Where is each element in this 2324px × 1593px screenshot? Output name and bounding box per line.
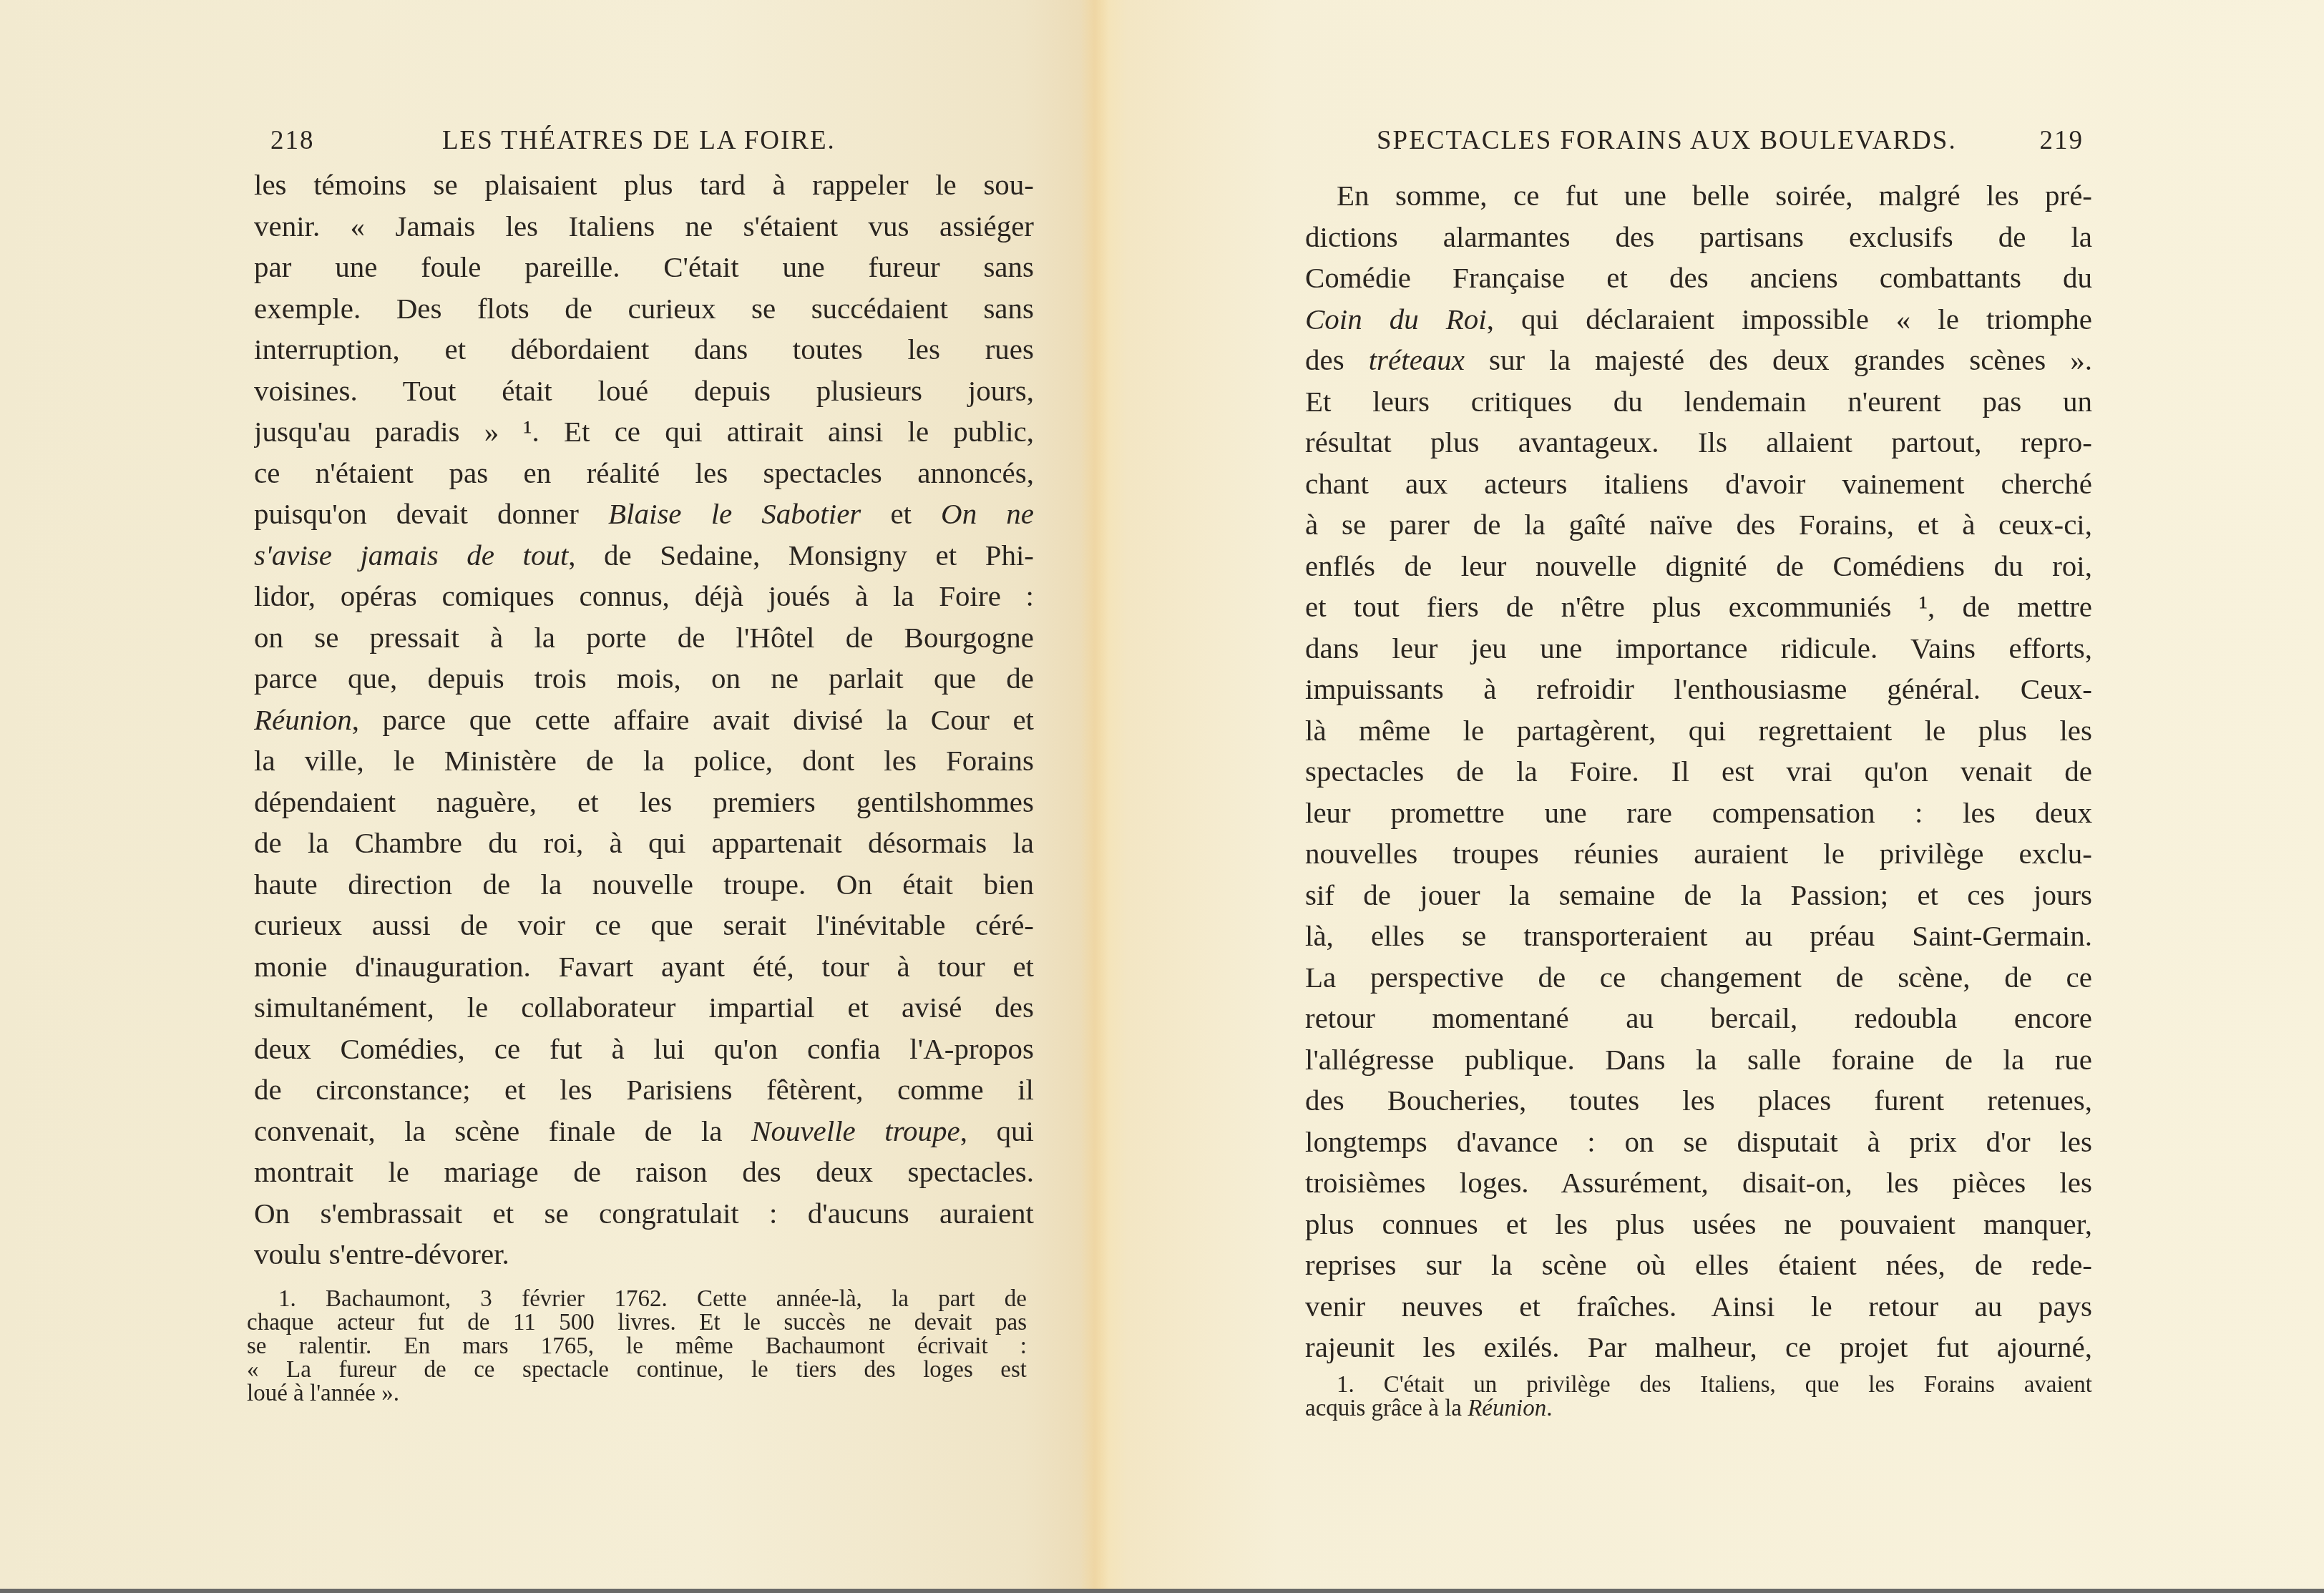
footnote-line: 1. C'était un privilège des Italiens, qu… [1305,1373,2092,1397]
text-line: par une foule pareille. C'était une fure… [254,247,1034,288]
text-line: parce que, depuis trois mois, on ne parl… [254,658,1034,700]
page-number: 218 [270,123,315,159]
text-line: la ville, le Ministère de la police, don… [254,740,1034,782]
text-line: sif de jouer la semaine de la Passion; e… [1305,875,2092,916]
text-line: haute direction de la nouvelle troupe. O… [254,864,1034,906]
text-line: jusqu'au paradis » ¹. Et ce qui attirait… [254,411,1034,453]
title-italic: s'avise jamais de tout [254,539,568,572]
text-line: les témoins se plaisaient plus tard à ra… [254,165,1034,206]
text-line: ce n'étaient pas en réalité les spectacl… [254,453,1034,494]
text-line: retour momentané au bercail, redoubla en… [1305,998,2092,1039]
text-line: deux Comédies, ce fut à lui qu'on confia… [254,1029,1034,1070]
text-line: Réunion, parce que cette affaire avait d… [254,700,1034,741]
footnote-line: se ralentir. En mars 1765, le même Bacha… [247,1335,1027,1358]
term-italic: Réunion [1468,1397,1546,1421]
text-line: rajeunit les exilés. Par malheur, ce pro… [1305,1327,2092,1368]
text-line: monie d'inauguration. Favart ayant été, … [254,946,1034,988]
text-line: l'allégresse publique. Dans la salle for… [1305,1039,2092,1081]
book-spread: 218 LES THÉATRES DE LA FOIRE. les témoin… [0,0,2324,1593]
text-line: de la Chambre du roi, à qui appartenait … [254,823,1034,864]
text-line: curieux aussi de voir ce que serait l'in… [254,905,1034,946]
text-line: En somme, ce fut une belle soirée, malgr… [1305,175,2092,217]
text-line: à se parer de la gaîté naïve des Forains… [1305,504,2092,546]
text-span: , qui [960,1114,1034,1147]
left-page-header: 218 LES THÉATRES DE LA FOIRE. [270,123,1043,159]
text-line: interruption, et débordaient dans toutes… [254,329,1034,371]
right-body-text: En somme, ce fut une belle soirée, malgr… [1305,175,2092,1368]
text-line: impuissants à refroidir l'enthousiasme g… [1305,669,2092,710]
text-span: acquis grâce à la [1305,1397,1468,1421]
text-line: plus connues et les plus usées ne pouvai… [1305,1204,2092,1245]
scan-bottom-edge [0,1589,2324,1593]
text-line: résultat plus avantageux. Ils allaient p… [1305,422,2092,464]
running-head: LES THÉATRES DE LA FOIRE. [442,123,836,159]
text-line: voulu s'entre-dévorer. [254,1234,1034,1275]
term-italic: tréteaux [1369,343,1465,376]
footnote-line: chaque acteur fut de 11 500 livres. Et l… [247,1311,1027,1335]
text-line: et tout fiers de n'être plus excommuniés… [1305,587,2092,628]
text-span: . [1546,1397,1552,1421]
footnote-line: 1. Bachaumont, 3 février 1762. Cette ann… [247,1288,1027,1311]
footnote-line: loué à l'année ». [247,1382,1027,1406]
text-line: La perspective de ce changement de scène… [1305,957,2092,999]
footnote-line: « La fureur de ce spectacle continue, le… [247,1358,1027,1382]
text-span: , qui déclaraient impossible « le triomp… [1487,303,2092,335]
page-number: 219 [2040,123,2084,159]
text-line: longtemps d'avance : on se disputait à p… [1305,1122,2092,1163]
text-line: enflés de leur nouvelle dignité de Coméd… [1305,546,2092,587]
text-line: venir. « Jamais les Italiens ne s'étaien… [254,206,1034,247]
text-line: dictions alarmantes des partisans exclus… [1305,217,2092,258]
text-line: dans leur jeu une importance ridicule. V… [1305,628,2092,670]
left-body-text: les témoins se plaisaient plus tard à ra… [254,165,1034,1275]
text-line: convenait, la scène finale de la Nouvell… [254,1111,1034,1152]
text-line: simultanément, le collaborateur impartia… [254,987,1034,1029]
text-line: venir neuves et fraîches. Ainsi le retou… [1305,1286,2092,1328]
text-line: puisqu'on devait donner Blaise le Saboti… [254,494,1034,535]
text-line: montrait le mariage de raison des deux s… [254,1152,1034,1193]
text-line: Comédie Française et des anciens combatt… [1305,258,2092,299]
title-italic: Coin du Roi [1305,303,1487,335]
text-line: Coin du Roi, qui déclaraient impossible … [1305,299,2092,340]
title-italic: On ne [941,497,1034,530]
text-line: là, elles se transporteraient au préau S… [1305,916,2092,957]
footnote-line: acquis grâce à la Réunion. [1305,1397,2092,1421]
text-line: exemple. Des flots de curieux se succéda… [254,288,1034,330]
title-italic: Blaise le Sabotier [608,497,861,530]
text-line: leur promettre une rare compensation : l… [1305,793,2092,834]
text-span: puisqu'on devait donner [254,497,608,530]
text-span: sur la majesté des deux grandes scènes »… [1465,343,2092,376]
running-head: SPECTACLES FORAINS AUX BOULEVARDS. [1377,123,1957,159]
right-page-header: SPECTACLES FORAINS AUX BOULEVARDS. 219 [1377,123,2092,159]
text-span: convenait, la scène finale de la [254,1114,751,1147]
text-line: On s'embrassait et se congratulait : d'a… [254,1193,1034,1235]
left-page: 218 LES THÉATRES DE LA FOIRE. les témoin… [0,0,1090,1593]
text-line: Et leurs critiques du lendemain n'eurent… [1305,381,2092,423]
text-span: , parce que cette affaire avait divisé l… [352,703,1034,736]
text-line: des tréteaux sur la majesté des deux gra… [1305,340,2092,381]
right-footnotes: 1. C'était un privilège des Italiens, qu… [1305,1373,2092,1421]
title-italic: Nouvelle troupe [751,1114,960,1147]
text-span: des [1305,343,1369,376]
text-line: reprises sur la scène où elles étaient n… [1305,1245,2092,1286]
text-line: des Boucheries, toutes les places furent… [1305,1080,2092,1122]
left-footnotes: 1. Bachaumont, 3 février 1762. Cette ann… [247,1288,1027,1406]
text-line: on se pressait à la porte de l'Hôtel de … [254,617,1034,659]
right-page: SPECTACLES FORAINS AUX BOULEVARDS. 219 E… [1090,0,2324,1593]
text-line: troisièmes loges. Assurément, disait-on,… [1305,1162,2092,1204]
text-line: de circonstance; et les Parisiens fêtère… [254,1069,1034,1111]
text-line: là même le partagèrent, qui regrettaient… [1305,710,2092,752]
text-line: nouvelles troupes réunies auraient le pr… [1305,833,2092,875]
text-line: dépendaient naguère, et les premiers gen… [254,782,1034,823]
text-span: et [861,497,941,530]
text-line: spectacles de la Foire. Il est vrai qu'o… [1305,751,2092,793]
text-span: , de Sedaine, Monsigny et Phi- [568,539,1034,572]
text-line: chant aux acteurs italiens d'avoir vaine… [1305,464,2092,505]
text-line: lidor, opéras comiques connus, déjà joué… [254,576,1034,617]
title-italic: Réunion [254,703,352,736]
text-line: s'avise jamais de tout, de Sedaine, Mons… [254,535,1034,577]
text-line: voisines. Tout était loué depuis plusieu… [254,371,1034,412]
